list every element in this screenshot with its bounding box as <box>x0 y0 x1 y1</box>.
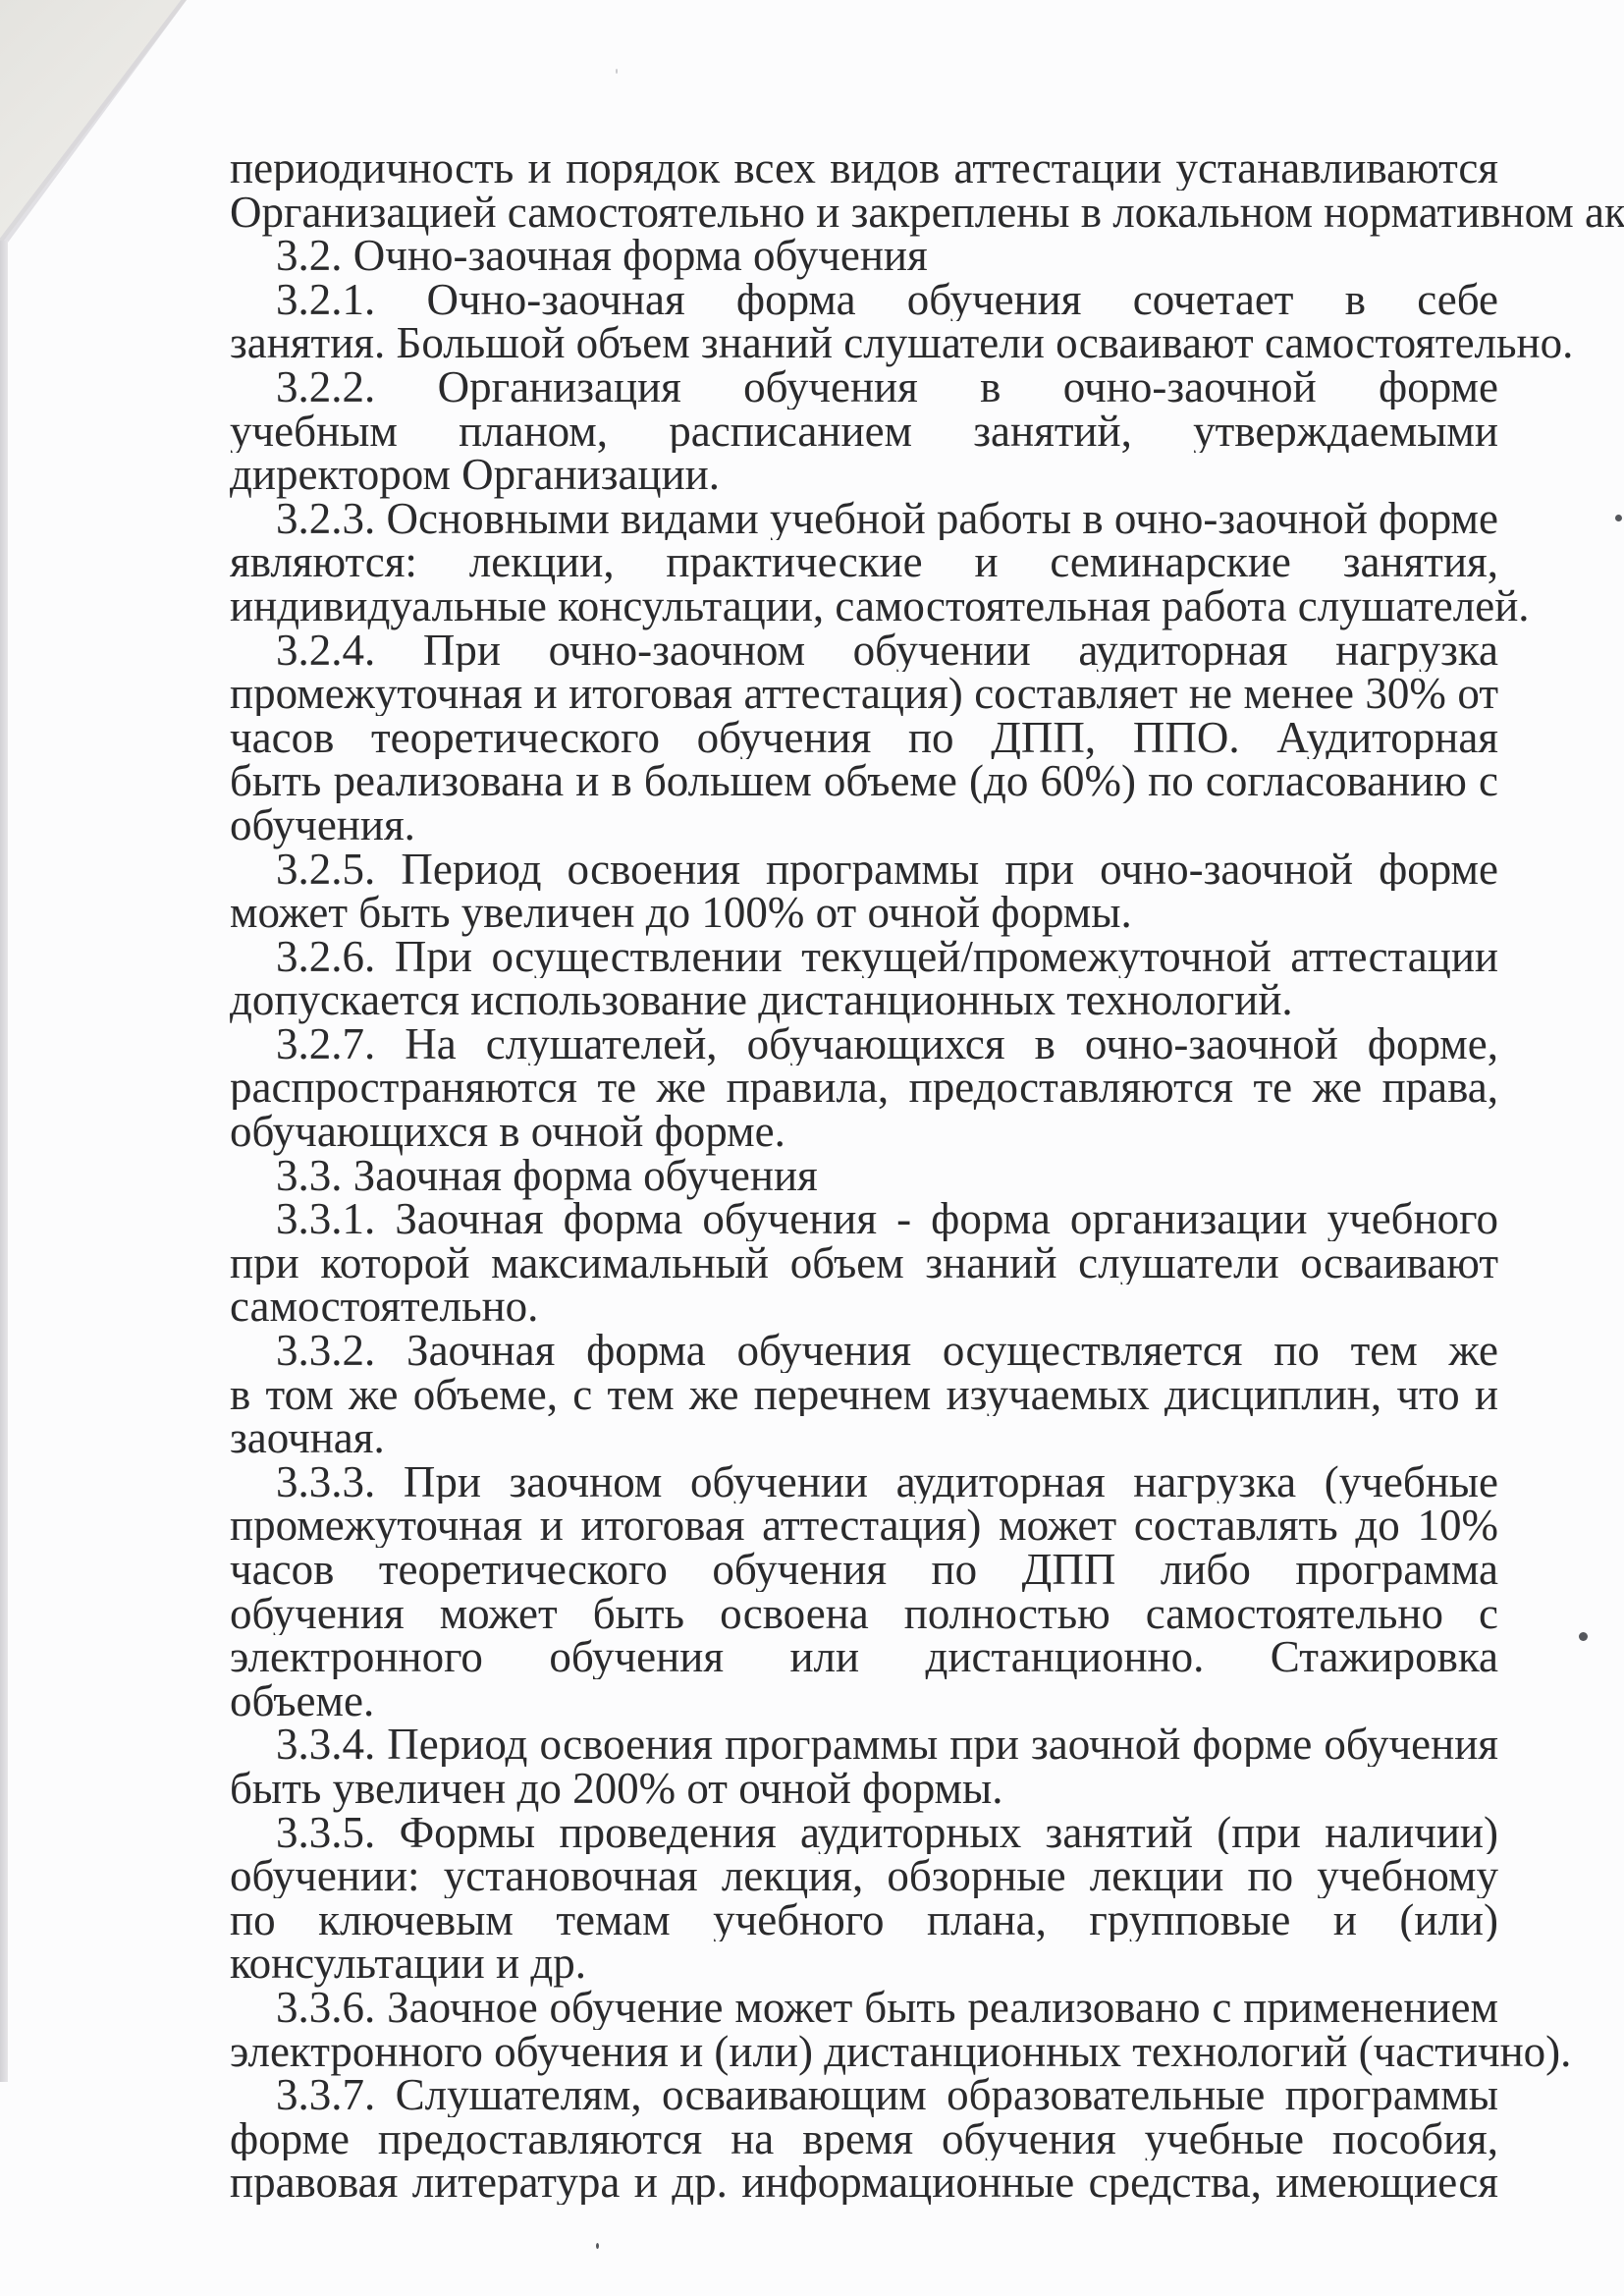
paragraph-first-line: 3.2.4. При очно-заочном обучении аудитор… <box>230 629 1498 673</box>
paragraph-line: занятия. Большой объем знаний слушатели … <box>230 321 1498 365</box>
paragraph-line: при которой максимальный объем знаний сл… <box>230 1241 1498 1285</box>
paragraph-line: часов теоретического обучения по ДПП, ПП… <box>230 716 1498 760</box>
paragraph-first-line: 3.2.6. При осуществлении текущей/промежу… <box>230 935 1498 979</box>
paragraph-first-line: 3.3.3. При заочном обучении аудиторная н… <box>230 1460 1498 1504</box>
paragraph-line: учебным планом, расписанием занятий, утв… <box>230 410 1498 454</box>
paragraph-first-line: 3.2.5. Период освоения программы при очн… <box>230 847 1498 892</box>
paragraph-line: по ключевым темам учебного плана, группо… <box>230 1898 1498 1942</box>
paragraph-first-line: 3.2. Очно-заочная форма обучения <box>230 234 1498 278</box>
paragraph-first-line: 3.2.2. Организация обучения в очно-заочн… <box>230 365 1498 410</box>
paragraph-line: консультации и др. <box>230 1941 1498 1986</box>
paragraph-line: обучении: установочная лекция, обзорные … <box>230 1854 1498 1898</box>
paragraph-line: обучения может быть освоена полностью са… <box>230 1592 1498 1636</box>
paragraph-line: электронного обучения и (или) дистанцион… <box>230 2030 1498 2074</box>
paragraph-first-line: 3.2.3. Основными видами учебной работы в… <box>230 497 1498 541</box>
scan-speck <box>1615 515 1622 521</box>
paragraph-line: быть увеличен до 200% от очной формы. <box>230 1767 1498 1811</box>
paragraph-line: часов теоретического обучения по ДПП либ… <box>230 1548 1498 1592</box>
scan-speck <box>1579 1632 1588 1641</box>
paragraph-line: самостоятельно. <box>230 1285 1498 1329</box>
document-body: периодичность и порядок всех видов аттес… <box>230 146 1498 2205</box>
paragraph-line: быть реализована и в большем объеме (до … <box>230 759 1498 803</box>
paragraph-line: Организацией самостоятельно и закреплены… <box>230 191 1498 235</box>
paragraph-first-line: 3.3.1. Заочная форма обучения - форма ор… <box>230 1197 1498 1241</box>
paragraph-first-line: 3.3.4. Период освоения программы при зао… <box>230 1722 1498 1767</box>
paragraph-line: объеме. <box>230 1679 1498 1723</box>
paragraph-line: обучения. <box>230 803 1498 847</box>
paragraph-line: заочная. <box>230 1416 1498 1460</box>
paragraph-line: электронного обучения или дистанционно. … <box>230 1635 1498 1679</box>
paragraph-line: распространяются те же правила, предоста… <box>230 1066 1498 1110</box>
paragraph-first-line: 3.2.1. Очно-заочная форма обучения сочет… <box>230 278 1498 322</box>
scan-speck <box>596 2243 599 2249</box>
paragraph-line: периодичность и порядок всех видов аттес… <box>230 146 1498 191</box>
paragraph-line: в том же объеме, с тем же перечнем изуча… <box>230 1373 1498 1417</box>
paragraph-first-line: 3.3.6. Заочное обучение может быть реали… <box>230 1986 1498 2030</box>
paragraph-first-line: 3.3.2. Заочная форма обучения осуществля… <box>230 1329 1498 1373</box>
paragraph-line: правовая литература и др. информационные… <box>230 2160 1498 2205</box>
paragraph-first-line: 3.2.7. На слушателей, обучающихся в очно… <box>230 1022 1498 1066</box>
paragraph-line: промежуточная и итоговая аттестация) сос… <box>230 672 1498 716</box>
paragraph-line: допускается использование дистанционных … <box>230 978 1498 1022</box>
paragraph-line: обучающихся в очной форме. <box>230 1110 1498 1154</box>
paragraph-first-line: 3.3.5. Формы проведения аудиторных занят… <box>230 1811 1498 1855</box>
paragraph-line: директором Организации. <box>230 453 1498 497</box>
paragraph-line: индивидуальные консультации, самостоятел… <box>230 584 1498 629</box>
paragraph-line: промежуточная и итоговая аттестация) мож… <box>230 1503 1498 1548</box>
paragraph-line: являются: лекции, практические и семинар… <box>230 540 1498 584</box>
paragraph-first-line: 3.3. Заочная форма обучения <box>230 1154 1498 1198</box>
scan-left-edge-shadow <box>0 241 8 2082</box>
paragraph-line: форме предоставляются на время обучения … <box>230 2117 1498 2161</box>
scan-speck <box>616 69 618 74</box>
paragraph-line: может быть увеличен до 100% от очной фор… <box>230 891 1498 935</box>
paragraph-first-line: 3.3.7. Слушателям, осваивающим образоват… <box>230 2073 1498 2117</box>
